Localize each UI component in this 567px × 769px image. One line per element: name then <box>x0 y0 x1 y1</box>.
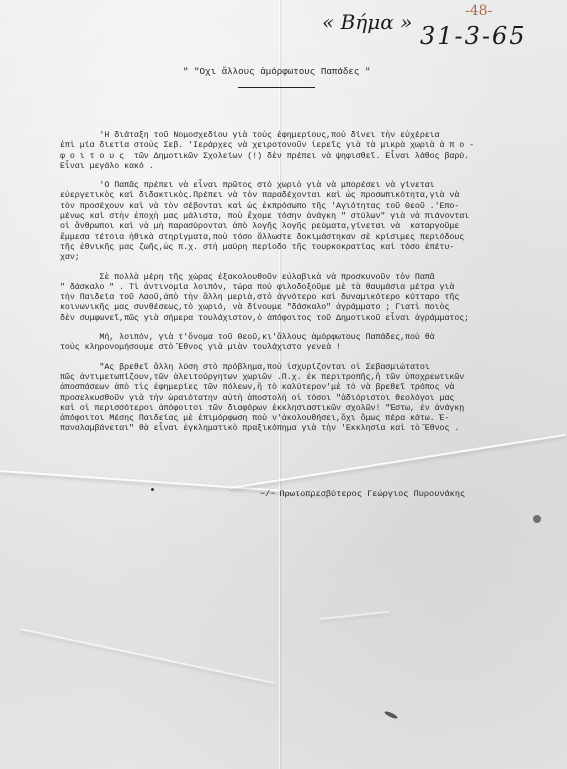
paragraph-gap <box>60 354 510 363</box>
document-body: 'Η διάταξη τοῦ Νομοσχεδίου γιὰ τοὺς ἐφημ… <box>60 131 510 435</box>
text-line: παναλαμβάνεται" θὰ εἶναι ἐγκληματικὸ πρα… <box>60 424 510 434</box>
signature-line: −/−Πρωτοπρεσβύτερος Γεώργιος Πυρουνάκης <box>260 489 465 499</box>
text-line: προσελκυσθοῦν γιὰ τὴν ὡραιότατην αὐτὴ ἀπ… <box>60 394 510 404</box>
ink-spot <box>151 488 154 491</box>
text-line: πῶς ἀντιμετωπίζουν,τῶν ἀλειτούργητων χωρ… <box>60 373 510 383</box>
text-line: ἀποσπάσεων ἀπὸ τὶς ἐφημερίες τῶν πόλεων,… <box>60 383 510 393</box>
text-line: τὴν Παιδεία τοῦ Λαοῦ,ἀπὸ τὴν ἄλλη μεριὰ,… <box>60 293 510 303</box>
text-line: 'Η διάταξη τοῦ Νομοσχεδίου γιὰ τοὺς ἐφημ… <box>60 131 510 141</box>
text-line: χαν; <box>60 253 510 263</box>
text-line: τὸν προσέχουν καὶ νὰ τὸν σέβονται καὶ ὡς… <box>60 202 510 212</box>
text-line: ἔμμεσα τέτοια ἠθικὰ στηρίγματα,ποὺ τόσο … <box>60 233 510 243</box>
text-line: κοινωνικῆς μας συνθέσεως,τὸ χωριό, νὰ δί… <box>60 303 510 313</box>
text-line: Σὲ πολλὰ μέρη τῆς χώρας ἐξακολουθοῦν εὐλ… <box>60 273 510 283</box>
document-title: " "Οχι ἄλλους ἀμόρφωτους Παπάδες " <box>183 66 370 77</box>
text-line: εὐεργετικὸς καὶ διδακτικὸς.Πρέπει νὰ τὸν… <box>60 191 510 201</box>
text-line: μένως καὶ στὴν ἐποχὴ μας μάλιστα, ποὺ ἔχ… <box>60 212 510 222</box>
paragraph: 'Η διάταξη τοῦ Νομοσχεδίου γιὰ τοὺς ἐφημ… <box>60 131 510 172</box>
paragraph: Σὲ πολλὰ μέρη τῆς χώρας ἐξακολουθοῦν εὐλ… <box>60 273 510 324</box>
signature-name: Πρωτοπρεσβύτερος Γεώργιος Πυρουνάκης <box>279 489 465 499</box>
paragraph: "Ας βρεθεῖ ἄλλη λύση στὸ πρόβλημα,ποὺ ἰσ… <box>60 363 510 435</box>
text-line: φ ο ι τ ο υ ς τῶν Δημοτικῶν Σχολείων (!)… <box>60 152 510 162</box>
paragraph-gap <box>60 264 510 273</box>
text-line: 'Ο Παπᾶς πρέπει νὰ εἶναι πρῶτος στὸ χωρι… <box>60 181 510 191</box>
text-line: τῆς ἐθνικῆς μας ζωῆς,ὡς π.χ. στὴ μαύρη π… <box>60 243 510 253</box>
text-line: τοὺς κληρονομήσουμε στὸ Ἔθνος γιὰ μιὰν τ… <box>60 343 510 353</box>
paragraph-gap <box>60 172 510 181</box>
paragraph: 'Ο Παπᾶς πρέπει νὰ εἶναι πρῶτος στὸ χωρι… <box>60 181 510 263</box>
text-line: ἀπόφοιτοι Μέσης Παιδείας μὲ ἐπιμόρφωση π… <box>60 414 510 424</box>
text-line: " δάσκαλο " . Τὶ ἀντινομία λοιπόν, τώρα … <box>60 283 510 293</box>
text-line: Εἶναι μεγάλο κακό . <box>60 162 510 172</box>
paper-crease <box>320 611 390 620</box>
text-line: δὲν συμφωνεῖ,πῶς γιὰ σήμερα τουλάχιστον,… <box>60 314 510 324</box>
text-line: Μή, λοιπόν, γιὰ τ'ὄνομα τοῦ Θεοῦ,κι'ἄλλο… <box>60 333 510 343</box>
handwritten-source-note: « Βήμα » <box>322 10 412 34</box>
paper-crease <box>20 628 275 684</box>
text-line: καὶ οἱ περισσότεροι ἀπόφοιτοι τῶν διαφόρ… <box>60 404 510 414</box>
title-underline <box>238 87 315 88</box>
paper-crease <box>230 434 566 489</box>
paper-sheet: « Βήμα » 31-3-65 -48- " "Οχι ἄλλους ἀμόρ… <box>0 0 567 769</box>
signature-mark: −/− <box>260 489 275 499</box>
paragraph: Μή, λοιπόν, γιὰ τ'ὄνομα τοῦ Θεοῦ,κι'ἄλλο… <box>60 333 510 354</box>
text-line: "Ας βρεθεῖ ἄλλη λύση στὸ πρόβλημα,ποὺ ἰσ… <box>60 363 510 373</box>
handwritten-date: 31-3-65 <box>420 22 527 50</box>
text-line: ἐπὶ μία διετία στοὺς Σεβ. 'Ιεράρχες νὰ χ… <box>60 141 510 151</box>
paragraph-gap <box>60 324 510 333</box>
ink-spot <box>533 515 541 523</box>
ink-spot <box>384 710 398 720</box>
text-line: οἱ ἄνθρωποι καὶ νὰ μὴ παρασύρονται ἀπὸ λ… <box>60 222 510 232</box>
handwritten-page-number: -48- <box>465 3 492 19</box>
